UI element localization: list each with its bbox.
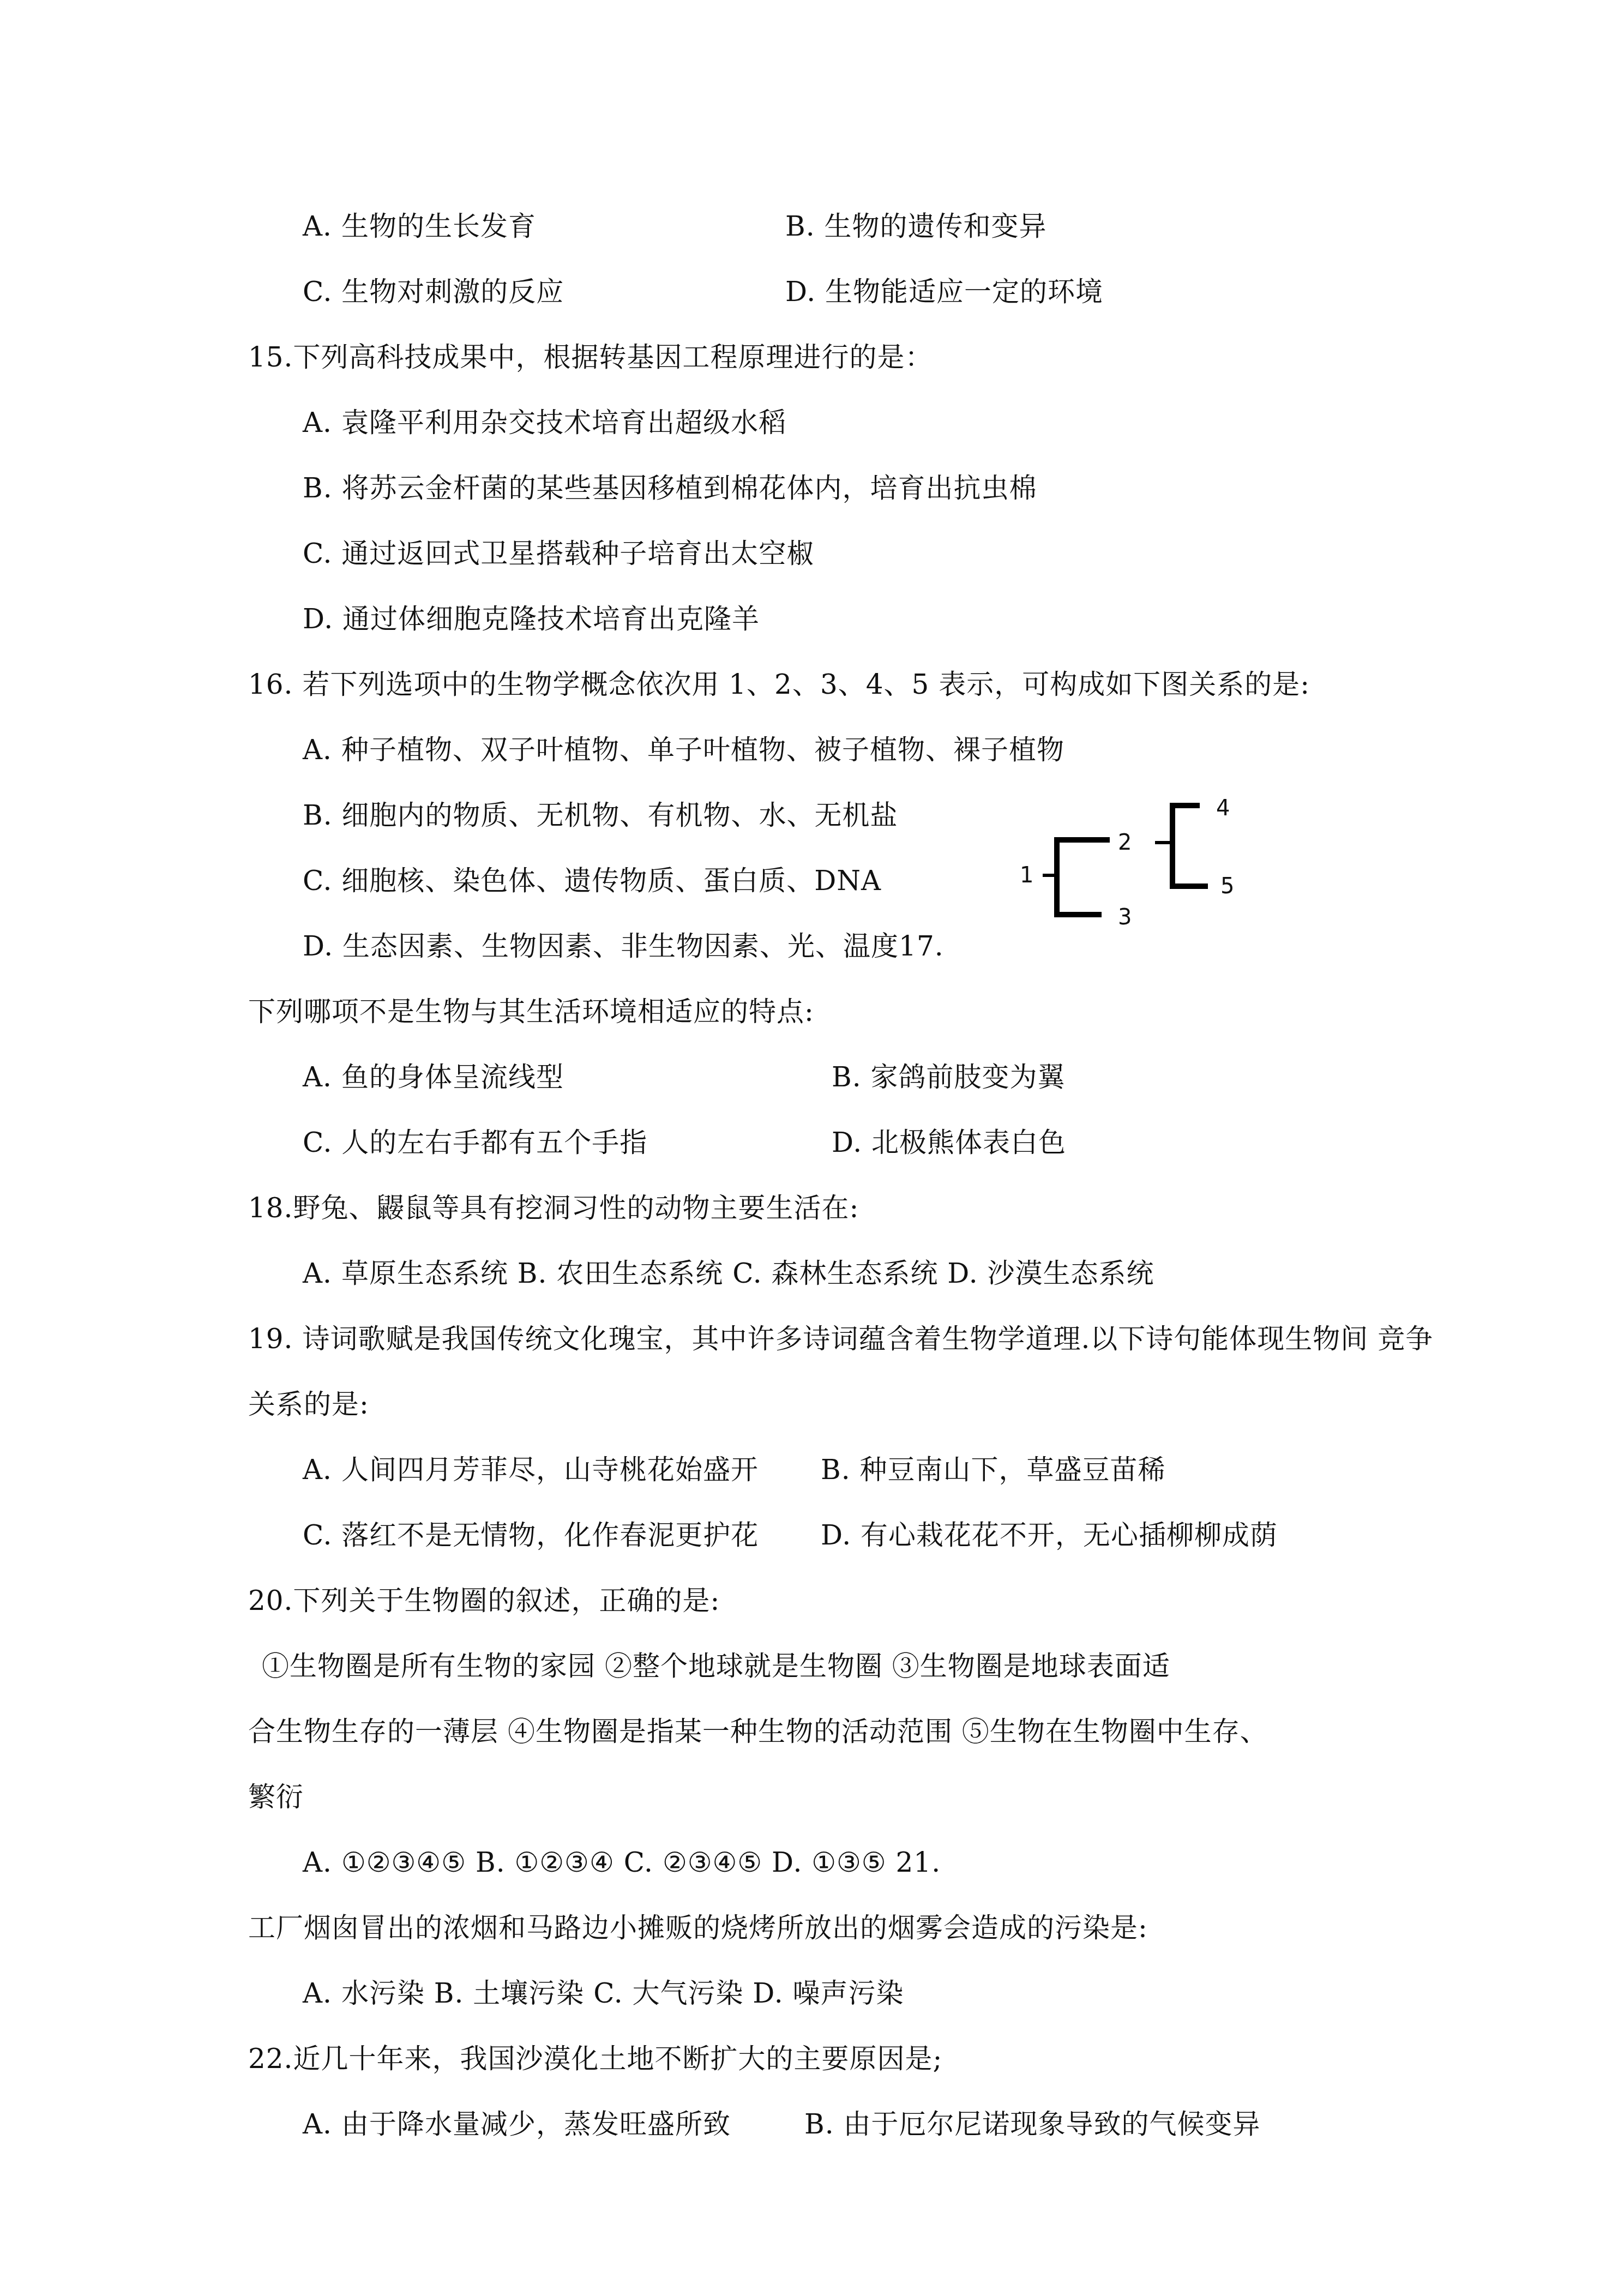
diagram-label-2: 2 xyxy=(1118,830,1132,855)
q16-option-b: B. 细胞内的物质、无机物、有机物、水、无机盐 xyxy=(303,799,898,832)
q22-option-b: B. 由于厄尔尼诺现象导致的气候变异 xyxy=(804,2108,1261,2141)
q15-option-a: A. 袁隆平利用杂交技术培育出超级水稻 xyxy=(303,406,786,439)
q16-option-c: C. 细胞核、染色体、遗传物质、蛋白质、DNA xyxy=(303,864,881,897)
q16-option-a: A. 种子植物、双子叶植物、单子叶植物、被子植物、裸子植物 xyxy=(303,734,1064,766)
q17-option-d: D. 北极熊体表白色 xyxy=(832,1126,1066,1159)
q17-stem: 下列哪项不是生物与其生活环境相适应的特点: xyxy=(248,995,814,1028)
q19-option-c: C. 落红不是无情物，化作春泥更护花 xyxy=(303,1519,759,1552)
q20-statements-line-1: ①生物圈是所有生物的家园 ②整个地球就是生物圈 ③生物圈是地球表面适 xyxy=(262,1650,1170,1682)
q14-option-b: B. 生物的遗传和变异 xyxy=(785,210,1047,243)
q16-stem: 16. 若下列选项中的生物学概念依次用 1、2、3、4、5 表示，可构成如下图关… xyxy=(248,668,1310,701)
q17-option-c: C. 人的左右手都有五个手指 xyxy=(303,1126,647,1159)
q15-option-d: D. 通过体细胞克隆技术培育出克隆羊 xyxy=(303,603,760,635)
diagram-label-5: 5 xyxy=(1220,874,1234,899)
q14-option-a: A. 生物的生长发育 xyxy=(303,210,536,243)
q21-stem: 工厂烟囱冒出的浓烟和马路边小摊贩的烧烤所放出的烟雾会造成的污染是: xyxy=(248,1912,1148,1944)
q15-stem: 15.下列高科技成果中，根据转基因工程原理进行的是： xyxy=(248,341,933,374)
q14-option-d: D. 生物能适应一定的环境 xyxy=(785,275,1103,308)
q20-statements-line-3: 繁衍 xyxy=(248,1781,304,1813)
q15-option-c: C. 通过返回式卫星搭载种子培育出太空椒 xyxy=(303,537,814,570)
q20-stem: 20.下列关于生物圈的叙述，正确的是: xyxy=(248,1584,720,1617)
q16-option-d: D. 生态因素、生物因素、非生物因素、光、温度17. xyxy=(303,930,944,963)
q21-options: A. 水污染 B. 土壤污染 C. 大气污染 D. 噪声污染 xyxy=(303,1977,904,2010)
diagram-label-4: 4 xyxy=(1216,796,1230,821)
q17-option-b: B. 家鸽前肢变为翼 xyxy=(832,1061,1066,1093)
q17-option-a: A. 鱼的身体呈流线型 xyxy=(303,1061,564,1093)
q15-option-b: B. 将苏云金杆菌的某些基因移植到棉花体内，培育出抗虫棉 xyxy=(303,472,1037,504)
concept-hierarchy-diagram: 1 2 3 4 5 xyxy=(1003,785,1276,927)
diagram-label-1: 1 xyxy=(1020,863,1033,888)
q19-stem-line-1: 19. 诗词歌赋是我国传统文化瑰宝，其中许多诗词蕴含着生物学道理.以下诗句能体现… xyxy=(248,1323,1433,1355)
q18-options: A. 草原生态系统 B. 农田生态系统 C. 森林生态系统 D. 沙漠生态系统 xyxy=(303,1257,1154,1290)
q20-statements-line-2: 合生物生存的一薄层 ④生物圈是指某一种生物的活动范围 ⑤生物在生物圈中生存、 xyxy=(248,1715,1268,1748)
q22-stem: 22.近几十年来，我国沙漠化土地不断扩大的主要原因是; xyxy=(248,2042,942,2075)
q14-option-c: C. 生物对刺激的反应 xyxy=(303,275,564,308)
q18-stem: 18.野兔、鼹鼠等具有挖洞习性的动物主要生活在: xyxy=(248,1192,859,1224)
diagram-label-3: 3 xyxy=(1118,905,1132,927)
q22-option-a: A. 由于降水量减少，蒸发旺盛所致 xyxy=(303,2108,731,2141)
q20-options: A. ①②③④⑤ B. ①②③④ C. ②③④⑤ D. ①③⑤ 21. xyxy=(303,1846,941,1879)
q19-stem-line-2: 关系的是: xyxy=(248,1388,369,1421)
q19-option-b: B. 种豆南山下，草盛豆苗稀 xyxy=(821,1453,1166,1486)
q19-option-a: A. 人间四月芳菲尽，山寺桃花始盛开 xyxy=(303,1453,759,1486)
q19-option-d: D. 有心栽花花不开，无心插柳柳成荫 xyxy=(821,1519,1278,1552)
